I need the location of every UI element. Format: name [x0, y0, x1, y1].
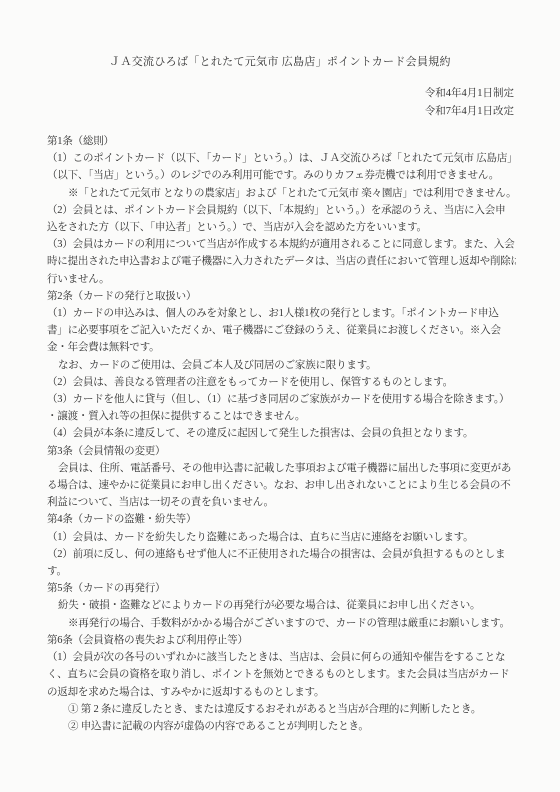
- text-line: （以下、「当店」という。）のレジでのみ利用可能です。みのりカフェ券売機では利用で…: [47, 167, 516, 184]
- enactment-date: 令和4年4月1日制定: [0, 85, 514, 103]
- terms-body: 第1条（総則）（1）このポイントカード（以下、「カード」という。）は、ＪＡ交流ひ…: [0, 133, 560, 735]
- text-line: （1）会員は、カードを紛失したり盗難にあった場合は、直ちに当店に連絡をお願いしま…: [47, 529, 516, 546]
- text-line: 金・年会費は無料です。: [47, 339, 516, 356]
- text-line: なお、カードのご使用は、会員ご本人及び同居のご家族に限ります。: [47, 357, 516, 374]
- text-line: く、直ちに会員の資格を取り消し、ポイントを無効とできるものとします。また会員は当…: [47, 666, 516, 683]
- text-line: 紛失・破損・盗難などによりカードの再発行が必要な場合は、従業員にお申し出ください…: [47, 597, 516, 614]
- text-line: の返却を求めた場合は、すみやかに返却するものとします。: [47, 684, 516, 701]
- text-line: 書」に必要事項をご記入いただくか、電子機器にご登録のうえ、従業員にお渡しください…: [47, 322, 516, 339]
- text-line: ・譲渡・質入れ等の担保に提供することはできません。: [47, 408, 516, 425]
- text-line: 第5条（カードの再発行）: [47, 580, 516, 597]
- text-line: 第6条（会員資格の喪失および利用停止等）: [47, 632, 516, 649]
- document-page: ＪＡ交流ひろば「とれたて元気市 広島店」ポイントカード会員規約 令和4年4月1日…: [0, 0, 560, 792]
- text-line: ① 第 2 条に違反したとき、または違反するおそれがあると当店が合理的に判断した…: [47, 701, 516, 718]
- text-line: る場合は、速やかに従業員にお申し出ください。なお、お申し出されないことにより生じ…: [47, 477, 516, 494]
- revision-dates: 令和4年4月1日制定 令和7年4月1日改定: [0, 85, 560, 120]
- text-line: （4）会員が本条に違反して、その違反に起因して発生した損害は、会員の負担となりま…: [47, 425, 516, 442]
- text-line: 第3条（会員情報の変更）: [47, 443, 516, 460]
- text-line: （2）会員は、善良なる管理者の注意をもってカードを使用し、保管するものとします。: [47, 374, 516, 391]
- text-line: 込をされた方（以下、「申込者」という。）で、当店が入会を認めた方をいいます。: [47, 219, 516, 236]
- text-line: （2）前項に反し、何の連絡もせず他人に不正使用された場合の損害は、会員が負担する…: [47, 546, 516, 563]
- text-line: ※「とれたて元気市 となりの農家店」および「とれたて元気市 楽々園店」では利用で…: [47, 185, 516, 202]
- text-line: 利益について、当店は一切その責を負いません。: [47, 494, 516, 511]
- text-line: 行いません。: [47, 271, 516, 288]
- text-line: ※再発行の場合、手数料がかかる場合がございますので、カードの管理は厳重にお願いし…: [47, 615, 516, 632]
- document-title: ＪＡ交流ひろば「とれたて元気市 広島店」ポイントカード会員規約: [0, 0, 560, 69]
- text-line: 第2条（カードの発行と取扱い）: [47, 288, 516, 305]
- text-line: （1）会員が次の各号のいずれかに該当したときは、当店は、会員に何らの通知や催告を…: [47, 649, 516, 666]
- revision-date: 令和7年4月1日改定: [0, 103, 514, 121]
- text-line: （1）カードの申込みは、個人のみを対象とし、お1人様1枚の発行とします。「ポイン…: [47, 305, 516, 322]
- text-line: （1）このポイントカード（以下、「カード」という。）は、ＪＡ交流ひろば「とれたて…: [47, 150, 516, 167]
- text-line: （2）会員とは、ポイントカード会員規約（以下、「本規約」という。）を承認のうえ、…: [47, 202, 516, 219]
- text-line: 第4条（カードの盗難・紛失等）: [47, 511, 516, 528]
- text-line: す。: [47, 563, 516, 580]
- text-line: 会員は、住所、電話番号、その他申込書に記載した事項および電子機器に届出した事項に…: [47, 460, 516, 477]
- text-line: 時に提出された申込書および電子機器に入力されたデータは、当店の責任において管理し…: [47, 253, 516, 270]
- text-line: 第1条（総則）: [47, 133, 516, 150]
- text-line: （3）カードを他人に貸与（但し、（1）に基づき同居のご家族がカードを使用する場合…: [47, 391, 516, 408]
- text-line: ② 申込書に記載の内容が虚偽の内容であることが判明したとき。: [47, 718, 516, 735]
- text-line: （3）会員はカードの利用について当店が作成する本規約が適用されることに同意します…: [47, 236, 516, 253]
